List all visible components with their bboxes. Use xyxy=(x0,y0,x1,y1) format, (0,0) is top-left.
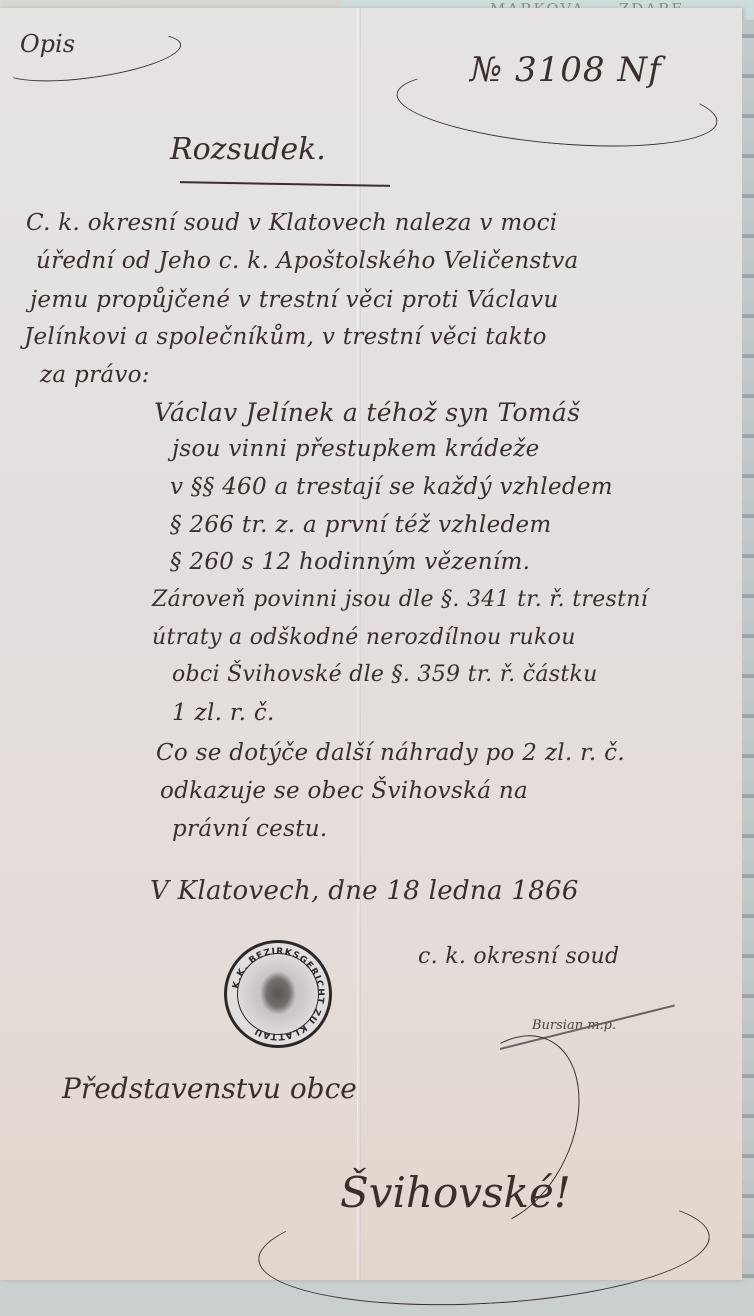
issuer: c. k. okresní soud xyxy=(418,944,619,969)
verdict-line: právní cestu. xyxy=(172,816,327,842)
body-line: jemu propůjčené v trestní věci proti Vác… xyxy=(30,287,559,313)
body-line: za právo: xyxy=(40,362,150,388)
verdict-line: § 260 s 12 hodinným vězením. xyxy=(170,549,530,575)
verdict-line: útraty a odškodné nerozdílnou rukou xyxy=(152,625,576,650)
verdict-line: jsou vinni přestupkem krádeže xyxy=(172,436,540,462)
verdict-line: Václav Jelínek a téhož syn Tomáš xyxy=(154,398,580,427)
verdict-line: Zároveň povinni jsou dle §. 341 tr. ř. t… xyxy=(152,587,648,612)
document-title: Rozsudek. xyxy=(170,132,326,167)
body-line: úřední od Jeho c. k. Apoštolského Veliče… xyxy=(36,248,579,274)
court-seal-stamp: K.K. BEZIRKSGERICHT ZU KLATTAU xyxy=(224,940,332,1048)
verdict-line: § 266 tr. z. a první též vzhledem xyxy=(170,512,552,538)
place-date: V Klatovech, dne 18 ledna 1866 xyxy=(150,876,579,906)
body-line: C. k. okresní soud v Klatovech naleza v … xyxy=(26,210,557,236)
verdict-line: Co se dotýče další náhrady po 2 zl. r. č… xyxy=(156,740,625,766)
verdict-line: 1 zl. r. č. xyxy=(172,700,275,726)
addressee-line-1: Představenstvu obce xyxy=(62,1072,357,1105)
verdict-line: obci Švihovské dle §. 359 tr. ř. částku xyxy=(172,662,598,687)
seal-legend: K.K. BEZIRKSGERICHT ZU KLATTAU xyxy=(227,943,329,1045)
paper-stack-edge xyxy=(742,20,754,1280)
verdict-line: v §§ 460 a trestají se každý vzhledem xyxy=(170,474,613,500)
body-line: Jelínkovi a společníkům, v trestní věci … xyxy=(24,324,547,350)
verdict-line: odkazuje se obec Švihovská na xyxy=(160,778,528,804)
svg-text:K.K. BEZIRKSGERICHT ZU KLATTAU: K.K. BEZIRKSGERICHT ZU KLATTAU xyxy=(231,947,325,1041)
